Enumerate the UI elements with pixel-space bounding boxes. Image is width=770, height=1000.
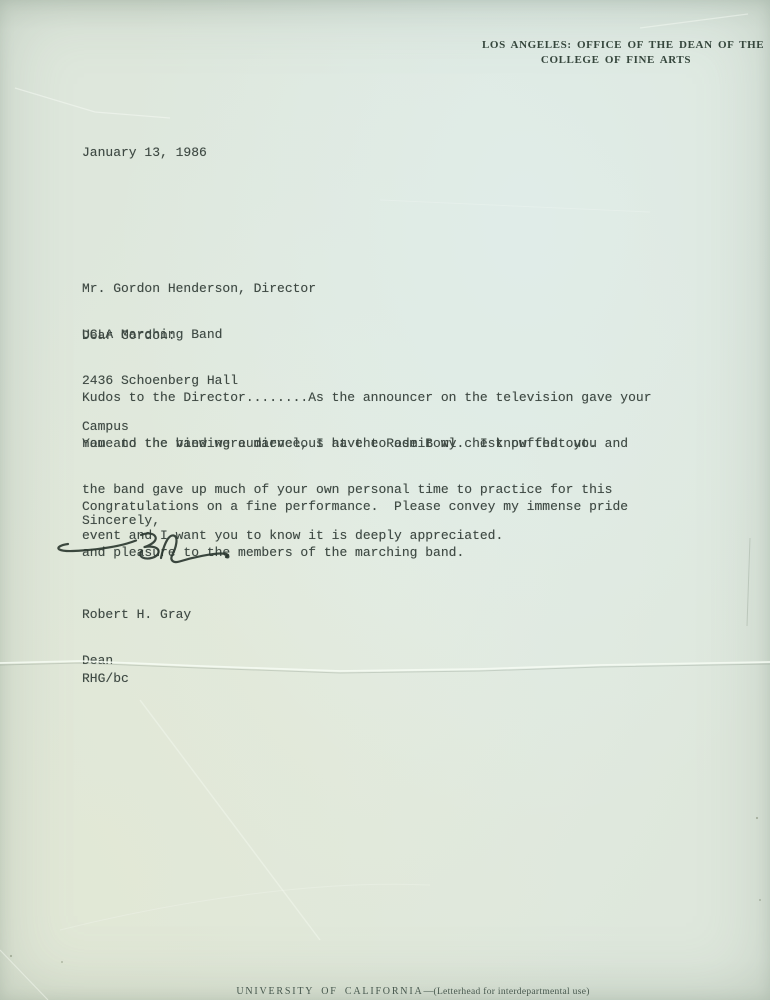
reference-initials: RHG/bc (82, 671, 129, 686)
footer-note: (Letterhead for interdepartmental use) (433, 987, 589, 997)
footer: UNIVERSITY OF CALIFORNIA—(Letterhead for… (28, 981, 770, 999)
paragraph-1-line-1: Kudos to the Director........As the anno… (82, 390, 652, 405)
signer-name: Robert H. Gray (82, 607, 191, 622)
letterhead-line2: COLLEGE OF FINE ARTS (482, 53, 750, 68)
date-line: January 13, 1986 (82, 145, 207, 160)
signature-ink (50, 527, 245, 571)
letter-page: LOS ANGELES: OFFICE OF THE DEAN OF THE C… (0, 0, 770, 1000)
signature (50, 527, 245, 571)
letterhead: LOS ANGELES: OFFICE OF THE DEAN OF THE C… (482, 38, 750, 67)
recipient-name: Mr. Gordon Henderson, Director (82, 281, 316, 296)
footer-university: UNIVERSITY OF CALIFORNIA (236, 986, 423, 997)
signer-title: Dean (82, 653, 191, 668)
letterhead-line1: LOS ANGELES: OFFICE OF THE DEAN OF THE (482, 38, 750, 53)
salutation: Dear Gordon: (82, 328, 176, 343)
footer-dash: — (423, 986, 433, 997)
paragraph-3-line-1: Congratulations on a fine performance. P… (82, 499, 628, 514)
paragraph-2-line-1: You and the band were marvelous at the R… (82, 436, 628, 451)
